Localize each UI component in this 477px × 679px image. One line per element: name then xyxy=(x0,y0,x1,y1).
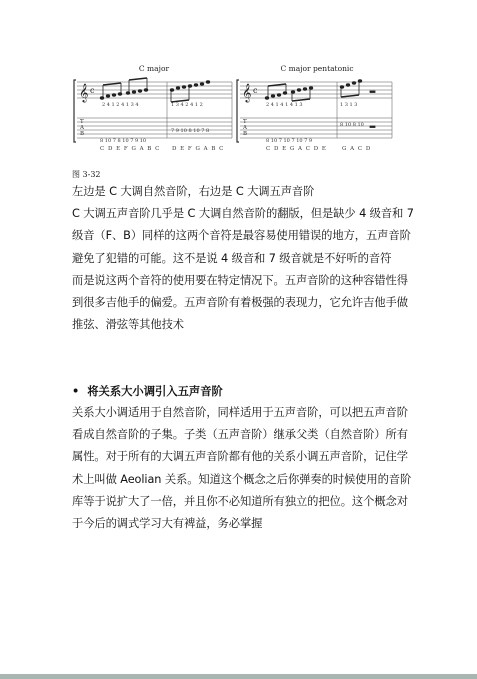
svg-text:B: B xyxy=(243,131,247,137)
left-title: C major xyxy=(139,64,170,73)
svg-text:G A C D: G A C D xyxy=(342,146,371,152)
svg-text:8 10 7 8 10 7 9 10: 8 10 7 8 10 7 9 10 xyxy=(100,138,146,144)
text-line: 术上叫做 Aeolian 关系。知道这个概念之后你弹奏的时候使用的音阶 xyxy=(72,469,412,491)
text-line: 属性。对于所有的大调五声音阶都有他的关系小调五声音阶，记住学 xyxy=(72,446,412,468)
text-line: 库等于说扩大了一倍，并且你不必知道所有独立的把位。这个概念对 xyxy=(72,491,412,513)
text-line: 关系大小调适用于自然音阶，同样适用于五声音阶，可以把五声音阶 xyxy=(72,402,412,424)
text-line: C 大调五声音阶几乎是 C 大调自然音阶的翻版，但是缺少 4 级音和 7 xyxy=(72,203,412,225)
text-line: 而是说这两个音符的使用要在特定情况下。五声音阶的这种容错性得 xyxy=(72,270,412,292)
paragraph-scale-comparison: 左边是 C 大调自然音阶，右边是 C 大调五声音阶 C 大调五声音阶几乎是 C … xyxy=(72,181,412,336)
svg-text:C D E G A C D E: C D E G A C D E xyxy=(266,146,327,152)
text-line: 推弦、滑弦等其他技术 xyxy=(72,314,412,336)
svg-text:7 9 10 8 10 7 8: 7 9 10 8 10 7 8 xyxy=(171,128,209,134)
text-line: 左边是 C 大调自然音阶，右边是 C 大调五声音阶 xyxy=(72,181,412,203)
svg-text:1 3 4 2 4 1 2: 1 3 4 2 4 1 2 xyxy=(171,102,203,108)
section-heading-text: 将关系大小调引入五声音阶 xyxy=(87,385,223,398)
text-line: 级音（F、B）同样的这两个音符是最容易使用错误的地方，五声音阶 xyxy=(72,225,412,247)
figure-caption: 图 3-32 xyxy=(72,169,101,180)
svg-text:c: c xyxy=(253,86,258,95)
bullet-icon: • xyxy=(72,385,79,398)
svg-text:B: B xyxy=(80,131,84,137)
text-line: 到很多吉他手的偏爱。五声音阶有着极强的表现力，它允许吉他手做 xyxy=(72,292,412,314)
section-heading: •将关系大小调引入五声音阶 xyxy=(72,383,223,399)
svg-text:8 10 7 10 7 10 7 9: 8 10 7 10 7 10 7 9 xyxy=(266,138,312,144)
right-title: C major pentatonic xyxy=(280,64,353,73)
svg-text:2 4 1 2 4 1 3 4: 2 4 1 2 4 1 3 4 xyxy=(102,102,139,108)
svg-text:c: c xyxy=(90,86,95,95)
text-line: 避免了犯错的可能。这不是说 4 级音和 7 级音就是不好听的音符 xyxy=(72,248,412,270)
svg-text:1 3 1 3: 1 3 1 3 xyxy=(340,102,358,108)
music-notation-figure: C major 𝄞 c TAB 2 4 1 2 4 1 3 4 1 3 4 2 … xyxy=(72,60,417,162)
svg-text:𝄞: 𝄞 xyxy=(79,83,88,103)
svg-text:2 4 1 4 1 4 1 3: 2 4 1 4 1 4 1 3 xyxy=(266,102,303,108)
svg-text:C D E F G A B C: C D E F G A B C xyxy=(100,146,160,152)
svg-text:D E F G A B C: D E F G A B C xyxy=(172,146,224,152)
page-bottom-divider xyxy=(0,674,477,679)
svg-text:8 10 8 10: 8 10 8 10 xyxy=(340,122,364,128)
svg-text:𝄞: 𝄞 xyxy=(242,83,251,103)
paragraph-relative-keys: 关系大小调适用于自然音阶，同样适用于五声音阶，可以把五声音阶 看成自然音阶的子集… xyxy=(72,402,412,535)
text-line: 看成自然音阶的子集。子类（五声音阶）继承父类（自然音阶）所有 xyxy=(72,424,412,446)
text-line: 于今后的调式学习大有裨益，务必掌握 xyxy=(72,513,412,535)
